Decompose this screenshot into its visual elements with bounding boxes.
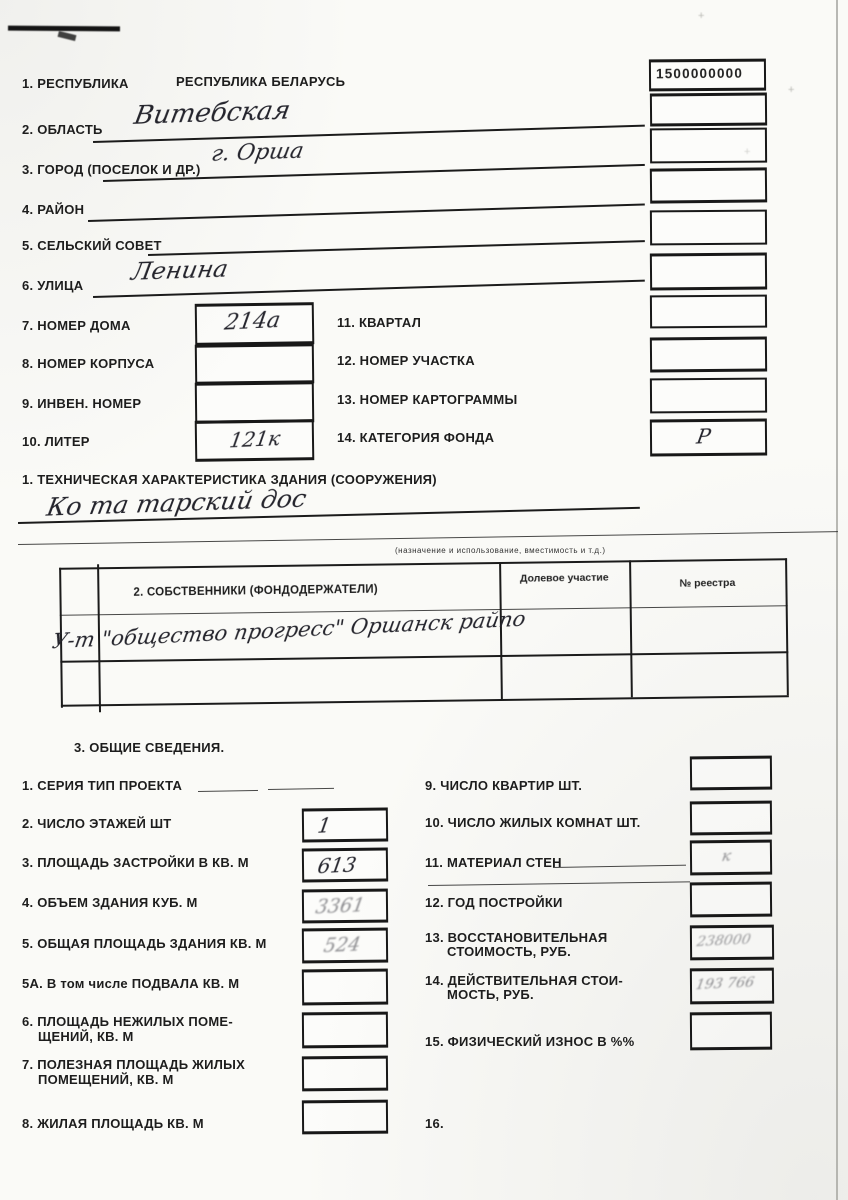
code-box-8 [650,336,767,372]
field-label-basement: 5А. В том числе ПОДВАЛА КВ. М [22,976,239,991]
field-label-liter: 10. ЛИТЕР [22,434,90,449]
inventory-number-box [195,381,314,423]
handwritten-floors: 1 [316,813,333,838]
house-number-box: 214а [195,302,315,346]
field-value-republic: РЕСПУБЛИКА БЕЛАРУСЬ [176,74,345,89]
section-title-general: 3. ОБЩИЕ СВЕДЕНИЯ. [74,740,224,755]
field-label-inven: 9. ИНВЕН. НОМЕР [22,396,141,411]
walls-box: к [690,840,772,876]
scanned-form-page: + + + 1500000000 Р 1. РЕСПУБЛИКА РЕСПУБЛ… [0,0,848,1200]
volume-box: 3361 [302,889,388,924]
year-box [690,882,772,918]
field-label-floors: 2. ЧИСЛО ЭТАЖЕЙ ШТ [22,816,171,831]
field-label-walls: 11. МАТЕРИАЛ СТЕН [425,855,562,870]
field-label-nonres-2: ЩЕНИЙ, КВ. М [38,1029,134,1044]
field-label-living: 8. ЖИЛАЯ ПЛОЩАДЬ КВ. М [22,1116,204,1131]
rule-line [268,788,334,790]
handwritten-city: г. Орша [209,138,305,166]
handwritten-actual-cost: 193 766 [694,975,755,994]
field-label-selsovet: 5. СЕЛЬСКИЙ СОВЕТ [22,238,162,253]
field-label-replacement-1: 13. ВОССТАНОВИТЕЛЬНАЯ [425,930,608,945]
handwritten-oblast: Витебская [132,95,293,130]
field-label-uchastok: 12. НОМЕР УЧАСТКА [337,353,475,368]
apartments-box [690,756,772,791]
total-area-box: 524 [302,928,388,964]
handwritten-fond-category: Р [695,424,713,449]
rule-line [428,881,690,886]
handwritten-street: Ленина [129,254,230,285]
table-border [60,651,788,663]
field-label-footprint: 3. ПЛОЩАДЬ ЗАСТРОЙКИ В КВ. М [22,855,249,870]
owners-table: 2. СОБСТВЕННИКИ (ФОНДОДЕРЖАТЕЛИ) Долевое… [59,558,789,708]
field-label-korpus: 8. НОМЕР КОРПУСА [22,356,154,371]
field-label-kartogramma: 13. НОМЕР КАРТОГРАММЫ [337,392,517,407]
handwritten-footprint: 613 [316,852,358,878]
actual-cost-box: 193 766 [690,968,774,1005]
table-border [59,558,787,570]
code-box-3 [650,128,767,164]
code-box-value: 1500000000 [656,66,743,82]
scan-mark: + [698,10,704,22]
basement-box [302,969,388,1006]
rule-line [553,865,686,868]
field-label-year: 12. ГОД ПОСТРОЙКИ [425,895,563,910]
field-label-kvartal: 11. КВАРТАЛ [337,315,421,330]
field-label-wear: 15. ФИЗИЧЕСКИЙ ИЗНОС В %% [425,1034,634,1049]
rooms-box [690,801,772,836]
handwritten-volume: 3361 [314,894,366,918]
field-label-apartments: 9. ЧИСЛО КВАРТИР ШТ. [425,778,582,793]
rule-line [18,531,838,545]
table-border [629,560,633,697]
code-box-6 [650,252,767,290]
scan-mark: + [788,84,794,96]
field-label-serial: 1. СЕРИЯ ТИП ПРОЕКТА [22,778,182,793]
rule-line [198,790,258,792]
tech-caption: (назначение и использование, вместимость… [395,546,606,555]
footprint-box: 613 [302,847,388,882]
useful-area-box [302,1056,388,1092]
code-box-7 [650,295,767,329]
field-label-total-area: 5. ОБЩАЯ ПЛОЩАДЬ ЗДАНИЯ КВ. М [22,936,267,951]
handwritten-total-area: 524 [322,933,362,957]
code-box-1: 1500000000 [649,59,766,92]
field-label-actual-2: МОСТЬ, РУБ. [447,987,534,1002]
table-header-share: Долевое участие [504,571,624,585]
field-label-street: 6. УЛИЦА [22,278,83,293]
code-box-9 [650,378,767,414]
field-label-fond: 14. КАТЕГОРИЯ ФОНДА [337,430,494,445]
scan-edge [836,0,838,1200]
field-label-city: 3. ГОРОД (ПОСЕЛОК И ДР.) [22,162,201,177]
field-label-useful-2: ПОМЕЩЕНИЙ, КВ. М [38,1072,174,1087]
table-border [61,695,789,707]
table-header-registry: № реестра [633,576,781,590]
handwritten-walls: к [720,847,732,865]
field-label-replacement-2: СТОИМОСТЬ, РУБ. [447,944,571,959]
living-area-box [302,1100,388,1135]
field-label-house: 7. НОМЕР ДОМА [22,318,131,333]
korpus-number-box [195,343,314,384]
code-box-4 [650,167,767,203]
code-box-5 [650,210,767,246]
field-label-rooms: 10. ЧИСЛО ЖИЛЫХ КОМНАТ ШТ. [425,815,641,830]
field-label-16: 16. [425,1116,444,1131]
replacement-cost-box: 238000 [690,925,774,961]
code-box-10: Р [650,418,767,456]
rule-line [88,203,645,222]
scan-smudge [58,31,77,41]
field-label-republic: 1. РЕСПУБЛИКА [22,76,129,91]
section-title-tech: 1. ТЕХНИЧЕСКАЯ ХАРАКТЕРИСТИКА ЗДАНИЯ (СО… [22,472,437,487]
field-label-rayon: 4. РАЙОН [22,202,84,217]
floors-box: 1 [302,807,388,842]
table-header-owners: 2. СОБСТВЕННИКИ (ФОНДОДЕРЖАТЕЛИ) [133,584,378,599]
code-box-2 [650,92,767,126]
wear-box [690,1012,772,1051]
field-label-actual-1: 14. ДЕЙСТВИТЕЛЬНАЯ СТОИ- [425,973,623,988]
nonres-area-box [302,1012,388,1049]
handwritten-replacement-cost: 238000 [695,932,751,950]
handwritten-liter: 121к [228,426,282,452]
field-label-volume: 4. ОБЪЕМ ЗДАНИЯ КУБ. М [22,895,198,910]
field-label-oblast: 2. ОБЛАСТЬ [22,122,103,137]
field-label-nonres-1: 6. ПЛОЩАДЬ НЕЖИЛЫХ ПОМЕ- [22,1014,233,1029]
field-label-useful-1: 7. ПОЛЕЗНАЯ ПЛОЩАДЬ ЖИЛЫХ [22,1057,245,1072]
table-border [785,558,789,695]
scan-smudge [8,26,120,31]
liter-box: 121к [195,419,315,462]
handwritten-house-number: 214а [223,308,283,336]
